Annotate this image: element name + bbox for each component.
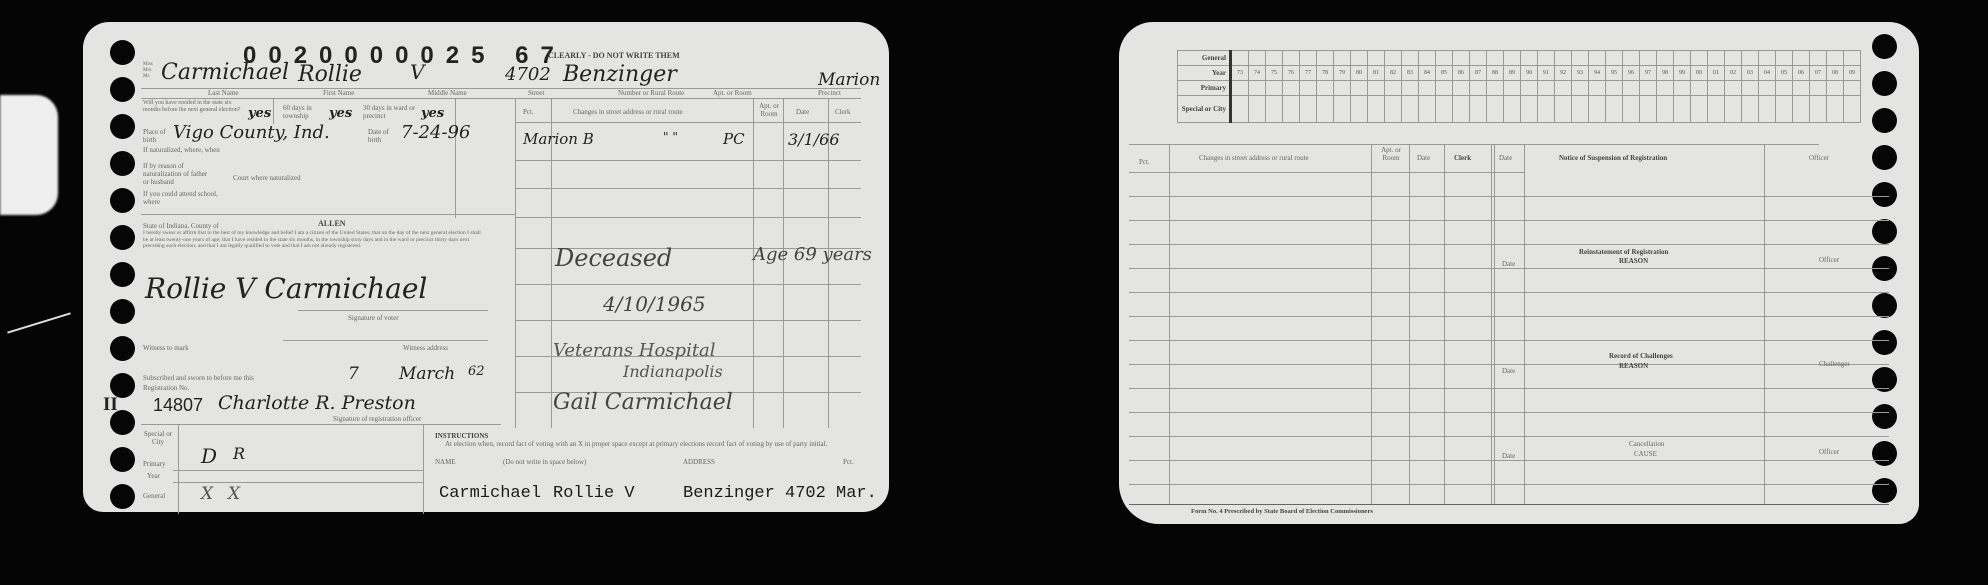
label-clerk: Clerk: [835, 108, 851, 116]
birthplace: Vigo County, Ind.: [173, 122, 330, 143]
label-first-name: First Name: [323, 89, 354, 97]
header-apt-room: Apt. or Room: [1373, 146, 1409, 162]
remark-reported-by: Gail Carmichael: [553, 390, 733, 415]
header-instruction: CLEARLY - DO NOT WRITE THEM: [548, 52, 680, 60]
registration-number: 14807: [153, 395, 203, 416]
label-father-naturalized: If by reason of naturalization of father…: [143, 162, 213, 186]
change-address: " ": [663, 130, 678, 144]
label-year: Year: [147, 472, 160, 480]
label-pct: Pct.: [523, 108, 534, 116]
suspension-title: Notice of Suspension of Registration: [1559, 154, 1667, 162]
answer-60-days: yes: [329, 106, 352, 121]
middle-name: V: [410, 60, 424, 84]
sworn-day: 7: [348, 364, 359, 384]
label-witness-address: Witness address: [403, 344, 448, 352]
label-primary: Primary: [143, 460, 166, 468]
label-do-not-write: (Do not write in space below): [503, 458, 586, 466]
label-state-county: State of Indiana, County of: [143, 222, 219, 230]
challenges-reason-label: REASON: [1619, 362, 1648, 370]
film-scratch: [7, 312, 71, 333]
label-special-city: Special or City: [143, 430, 173, 446]
remark-age: Age 69 years: [753, 244, 872, 265]
label-naturalized: If naturalized, where, when: [143, 146, 443, 154]
typed-address: Benzinger 4702 Mar.: [683, 484, 877, 503]
sworn-year: 62: [468, 364, 485, 379]
oath-text: I hereby swear or affirm that to the bes…: [143, 230, 483, 250]
challenges-title: Record of Challenges: [1609, 352, 1673, 360]
label-changes: Changes in street address or rural route: [573, 108, 683, 116]
label-place-of-birth: Place of birth: [143, 128, 173, 144]
label-pct-col: Pct.: [843, 458, 854, 466]
change-date: 3/1/66: [788, 130, 840, 149]
header-clerk: Clerk: [1454, 154, 1471, 162]
election-record-grid: General Year 737475767778798081828384858…: [1177, 50, 1861, 123]
header-date: Date: [1417, 154, 1430, 162]
q-60-days: 60 days in township: [283, 104, 333, 120]
q-resident-state: Will you have resided in the state six m…: [143, 100, 243, 114]
remark-city: Indianapolis: [623, 362, 723, 381]
row-label-general: General: [1178, 51, 1231, 66]
label-middle-name: Middle Name: [428, 89, 467, 97]
reinstatement-title: Reinstatement of Registration: [1579, 248, 1668, 256]
cancellation-title: Cancellation: [1629, 440, 1664, 448]
label-apt-room-short: Apt. or Room: [755, 102, 783, 118]
cancellation-cause-label: CAUSE: [1634, 450, 1657, 458]
primary-mark-1: D: [201, 444, 217, 468]
label-registration-no: Registration No.: [143, 384, 189, 392]
challenges-date-label: Date: [1502, 367, 1515, 375]
punch-holes: [110, 40, 135, 509]
row-label-primary: Primary: [1178, 81, 1231, 96]
general-mark-1: X: [201, 484, 213, 504]
sworn-month: March: [399, 364, 455, 384]
row-label-year: Year: [1178, 66, 1231, 81]
precinct-name: Marion: [818, 70, 880, 90]
label-court: Court where naturalized: [233, 174, 301, 182]
registration-card-front: 0020000025 67 CLEARLY - DO NOT WRITE THE…: [83, 22, 889, 512]
remark-status: Deceased: [555, 244, 672, 272]
typed-last-name: Carmichael: [439, 484, 541, 503]
voter-signature: Rollie V Carmichael: [145, 272, 427, 305]
registration-card-back: General Year 737475767778798081828384858…: [1119, 22, 1919, 524]
section-mark: II: [103, 394, 118, 416]
reinstatement-date-label: Date: [1502, 260, 1515, 268]
label-date-of-birth: Date of birth: [368, 128, 398, 144]
label-signature-voter: Signature of voter: [348, 314, 399, 322]
change-ditto: PC: [723, 130, 745, 148]
label-date: Date: [796, 108, 809, 116]
cancellation-date-label: Date: [1502, 452, 1515, 460]
label-precinct: Precinct: [818, 89, 841, 97]
reinstatement-reason-label: REASON: [1619, 257, 1648, 265]
header-pct: Pct.: [1139, 158, 1150, 166]
street-number: 4702: [505, 64, 551, 85]
instructions-text: At election when, record fact of voting …: [445, 440, 865, 448]
label-name-col: NAME: [435, 458, 456, 466]
label-street: Street: [528, 89, 544, 97]
county: ALLEN: [318, 220, 346, 228]
film-artifact: [0, 95, 58, 215]
last-name: Carmichael: [161, 60, 289, 85]
cancellation-officer-label: Officer: [1819, 448, 1839, 456]
remark-place: Veterans Hospital: [553, 340, 716, 361]
officer-signature: Charlotte R. Preston: [218, 392, 416, 414]
street-name: Benzinger: [563, 62, 677, 87]
q-30-days: 30 days in ward or precinct: [363, 104, 418, 120]
challenger-label: Challenger: [1819, 360, 1850, 368]
birth-date: 7-24-96: [401, 122, 470, 143]
form-footer: Form No. 4 Prescribed by State Board of …: [1191, 508, 1373, 516]
label-last-name: Last Name: [208, 89, 239, 97]
label-apt-room: Apt. or Room: [713, 89, 752, 97]
title-prefix: MissMrs.Mr.: [143, 62, 153, 80]
primary-mark-2: R: [233, 444, 245, 463]
first-name: Rollie: [298, 62, 362, 87]
row-label-special-city: Special or City: [1178, 96, 1231, 123]
answer-30-days: yes: [421, 106, 444, 121]
suspension-date-label: Date: [1499, 154, 1512, 162]
answer-resident-state: yes: [248, 106, 271, 121]
remark-death-date: 4/10/1965: [603, 292, 706, 316]
label-address-col: ADDRESS: [683, 458, 715, 466]
typed-first-name: Rollie V: [553, 484, 635, 503]
change-pct: Marion B: [523, 130, 594, 148]
instructions-title: INSTRUCTIONS: [435, 432, 488, 440]
label-subscribed: Subscribed and sworn to before me this: [143, 374, 254, 382]
label-general: General: [143, 492, 165, 500]
label-number-route: Number or Rural Route: [618, 89, 684, 97]
label-signature-officer: Signature of registration officer: [333, 415, 421, 423]
general-mark-2: X: [228, 484, 240, 504]
suspension-officer-label: Officer: [1809, 154, 1829, 162]
reinstatement-officer-label: Officer: [1819, 256, 1839, 264]
label-witness-mark: Witness to mark: [143, 344, 189, 352]
header-changes: Changes in street address or rural route: [1199, 154, 1309, 162]
label-school: If you could attend school, where: [143, 190, 223, 206]
